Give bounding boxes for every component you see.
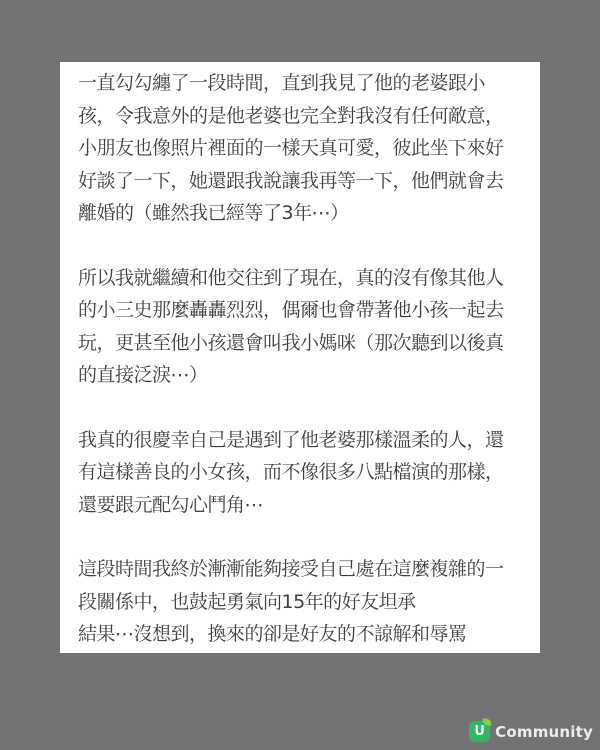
post-text-line: 玩，更甚至他小孩還會叫我小媽咪（那次聽到以後真 <box>78 327 522 360</box>
u-community-logo-letter: U <box>474 725 485 738</box>
post-text-line: 這段時間我終於漸漸能夠接受自己處在這麼複雜的一 <box>78 553 522 586</box>
post-text-line: 還要跟元配勾心鬥角⋯ <box>78 489 522 522</box>
post-text-line: 的直接泛淚⋯） <box>78 359 522 392</box>
page-background: 一直勾勾纏了一段時間，直到我見了他的老婆跟小 孩，令我意外的是他老婆也完全對我沒… <box>0 0 600 750</box>
post-text-line: 結果⋯沒想到，換來的卻是好友的不諒解和辱罵 <box>78 618 522 651</box>
u-community-logo-text: Community <box>495 723 593 741</box>
post-paragraph: 我真的很慶幸自己是遇到了他老婆那樣溫柔的人，還 有這樣善良的小女孩，而不像很多八… <box>78 424 522 522</box>
post-text-line: 離婚的（雖然我已經等了3年⋯） <box>78 197 522 230</box>
post-text-line: 小朋友也像照片裡面的一樣天真可愛，彼此坐下來好 <box>78 132 522 165</box>
post-text-line: 段關係中，也鼓起勇氣向15年的好友坦承 <box>78 586 522 619</box>
post-text-line: 所以我就繼續和他交往到了現在，真的沒有像其他人 <box>78 262 522 295</box>
post-paragraph: 所以我就繼續和他交往到了現在，真的沒有像其他人 的小三史那麼轟轟烈烈，偶爾也會帶… <box>78 262 522 392</box>
post-text-line: 孩，令我意外的是他老婆也完全對我沒有任何敵意， <box>78 100 522 133</box>
post-text-line: 我真的很慶幸自己是遇到了他老婆那樣溫柔的人，還 <box>78 424 522 457</box>
post-text-line: 好談了一下，她還跟我說讓我再等一下，他們就會去 <box>78 165 522 198</box>
post-paragraph: 一直勾勾纏了一段時間，直到我見了他的老婆跟小 孩，令我意外的是他老婆也完全對我沒… <box>78 67 522 230</box>
post-paragraph: 這段時間我終於漸漸能夠接受自己處在這麼複雜的一 段關係中，也鼓起勇氣向15年的好… <box>78 553 522 651</box>
post-text-line: 的小三史那麼轟轟烈烈，偶爾也會帶著他小孩一起去 <box>78 294 522 327</box>
post-text-line: 有這樣善良的小女孩，而不像很多八點檔演的那樣， <box>78 456 522 489</box>
post-text-line: 一直勾勾纏了一段時間，直到我見了他的老婆跟小 <box>78 67 522 100</box>
post-card: 一直勾勾纏了一段時間，直到我見了他的老婆跟小 孩，令我意外的是他老婆也完全對我沒… <box>60 62 540 653</box>
u-community-logo-icon: U <box>469 721 490 742</box>
u-community-logo: U Community <box>469 721 593 742</box>
